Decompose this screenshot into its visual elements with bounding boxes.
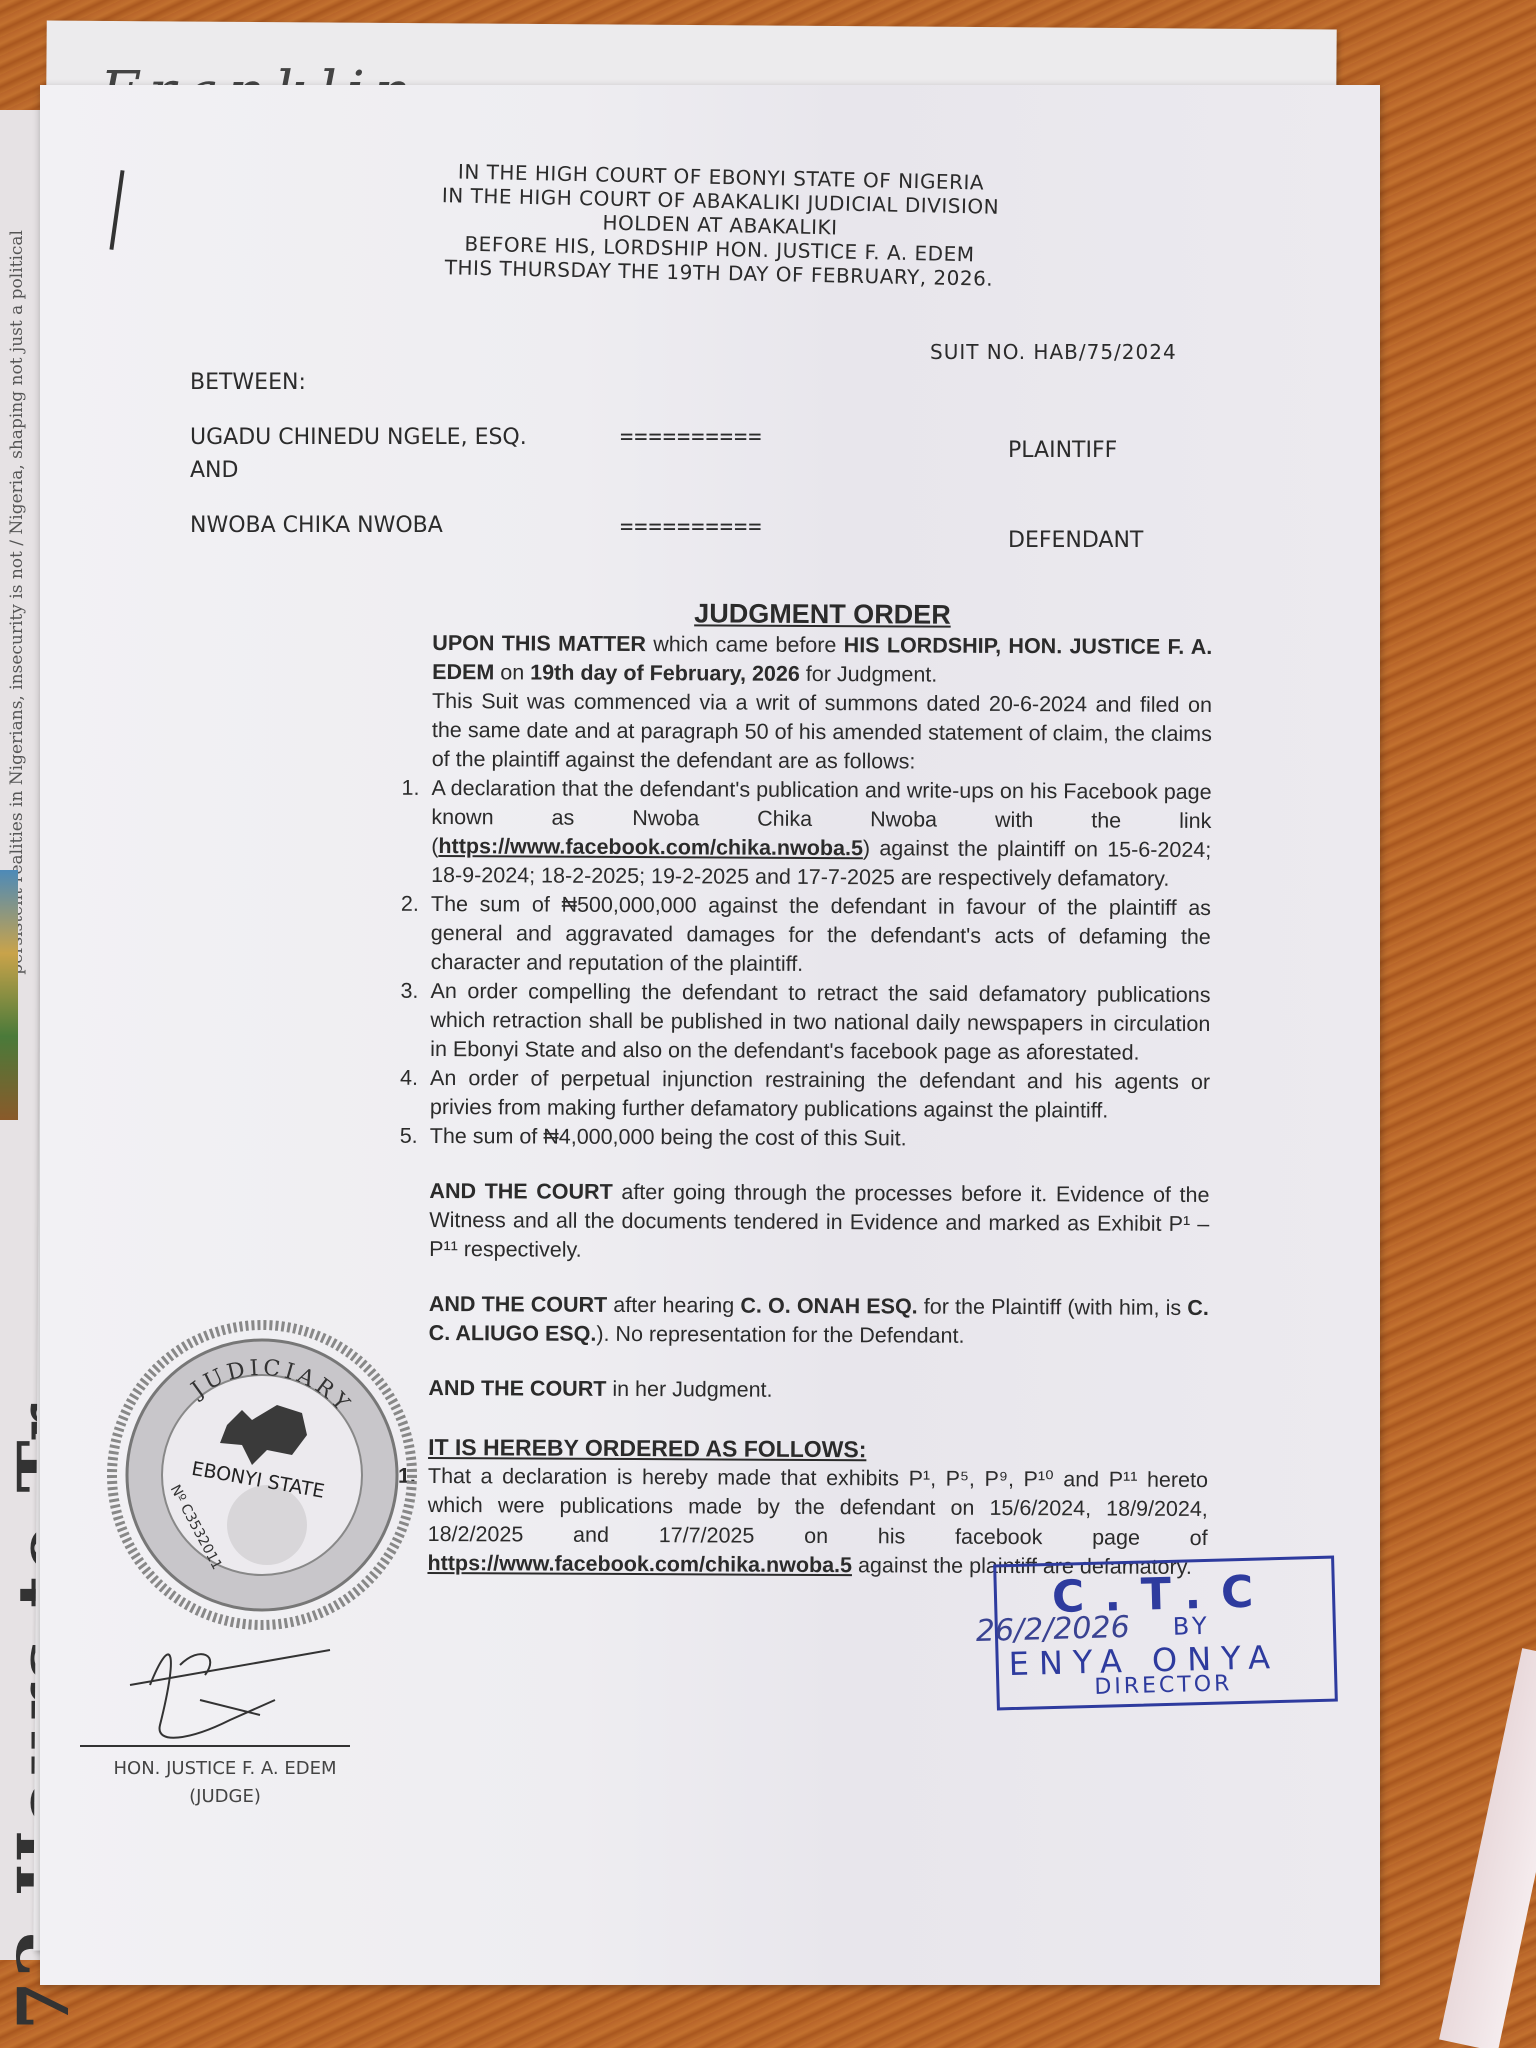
- judge-title: (JUDGE): [80, 1783, 370, 1811]
- bold-text: AND THE COURT: [429, 1292, 607, 1317]
- text: An order of perpetual injunction restrai…: [430, 1066, 1210, 1123]
- judge-signature: [110, 1625, 350, 1755]
- bold-text: AND THE COURT: [428, 1376, 606, 1401]
- court-header: IN THE HIGH COURT OF EBONYI STATE OF NIG…: [339, 157, 1101, 293]
- intro-paragraph: UPON THIS MATTER which came before HIS L…: [432, 629, 1212, 691]
- judiciary-seal: JUDICIARY EBONYI STATE Nº C3532011: [102, 1315, 422, 1635]
- claim-item: 4.An order of perpetual injunction restr…: [430, 1064, 1210, 1126]
- text: for the Plaintiff (with him, is: [918, 1295, 1188, 1320]
- claim-number: 5.: [400, 1122, 418, 1151]
- claim-item: 3.An order compelling the defendant to r…: [430, 977, 1210, 1068]
- separator: ==========: [620, 425, 762, 450]
- bold-text: C. O. ONAH ESQ.: [740, 1294, 917, 1319]
- newspaper-photo: [0, 870, 18, 1120]
- plastic-sleeve: [1439, 1648, 1536, 2048]
- commencement-paragraph: This Suit was commenced via a writ of su…: [432, 687, 1212, 778]
- bold-text: AND THE COURT: [429, 1179, 612, 1204]
- and-label: AND: [190, 458, 238, 483]
- text: That a declaration is hereby made that e…: [428, 1464, 1208, 1550]
- facebook-link[interactable]: https://www.facebook.com/chika.nwoba.5: [438, 834, 863, 860]
- text: which came before: [646, 632, 844, 657]
- court-paragraph: AND THE COURT in her Judgment.: [428, 1374, 1208, 1407]
- pen-mark: [109, 170, 124, 250]
- text: An order compelling the defendant to ret…: [430, 979, 1210, 1065]
- claim-item: 2.The sum of ₦500,000,000 against the de…: [431, 890, 1211, 981]
- text: for Judgment.: [800, 662, 938, 687]
- claim-item: 5.The sum of ₦4,000,000 being the cost o…: [430, 1122, 1210, 1155]
- text: on: [494, 660, 530, 684]
- claim-number: 1.: [401, 774, 419, 803]
- text: The sum of ₦500,000,000 against the defe…: [431, 892, 1211, 976]
- signature-line: [80, 1745, 350, 1747]
- judgment-body: JUDGMENT ORDER UPON THIS MATTER which ca…: [427, 598, 1212, 1582]
- suit-number: SUIT NO. HAB/75/2024: [930, 340, 1177, 364]
- plaintiff-name: UGADU CHINEDU NGELE, ESQ.: [190, 425, 527, 450]
- defendant-role: DEFENDANT: [1008, 528, 1143, 553]
- judge-signature-block: HON. JUSTICE F. A. EDEM (JUDGE): [80, 1755, 370, 1811]
- claims-list: 1.A declaration that the defendant's pub…: [430, 774, 1212, 1155]
- facebook-link[interactable]: https://www.facebook.com/chika.nwoba.5: [427, 1551, 852, 1577]
- between-label: BETWEEN:: [190, 370, 306, 395]
- judgment-document: IN THE HIGH COURT OF EBONYI STATE OF NIG…: [40, 85, 1380, 1985]
- ctc-role: DIRECTOR: [1094, 1671, 1233, 1700]
- claim-number: 4.: [400, 1064, 418, 1093]
- text: The sum of ₦4,000,000 being the cost of …: [430, 1124, 907, 1150]
- text: after hearing: [607, 1293, 740, 1318]
- ctc-by: BY: [1172, 1612, 1211, 1641]
- claim-item: 1.A declaration that the defendant's pub…: [431, 774, 1212, 894]
- plaintiff-role: PLAINTIFF: [1008, 438, 1117, 463]
- orders-title: IT IS HEREBY ORDERED AS FOLLOWS:: [428, 1433, 1208, 1466]
- judge-name: HON. JUSTICE F. A. EDEM: [80, 1755, 370, 1783]
- court-paragraph: AND THE COURT after going through the pr…: [429, 1177, 1209, 1268]
- defendant-name: NWOBA CHIKA NWOBA: [190, 513, 443, 538]
- text: in her Judgment.: [606, 1377, 772, 1402]
- text: ). No representation for the Defendant.: [596, 1322, 964, 1348]
- court-paragraph: AND THE COURT after hearing C. O. ONAH E…: [429, 1290, 1209, 1352]
- claim-number: 3.: [400, 977, 418, 1006]
- separator: ==========: [620, 515, 762, 540]
- bold-text: UPON THIS MATTER: [432, 631, 646, 656]
- bold-text: 19th day of February, 2026: [530, 660, 800, 685]
- claim-number: 2.: [401, 890, 419, 919]
- ctc-stamp: C.T.C 26/2/2026 BY ENYA ONYA DIRECTOR: [993, 1556, 1338, 1711]
- judgment-title: JUDGMENT ORDER: [432, 598, 1212, 631]
